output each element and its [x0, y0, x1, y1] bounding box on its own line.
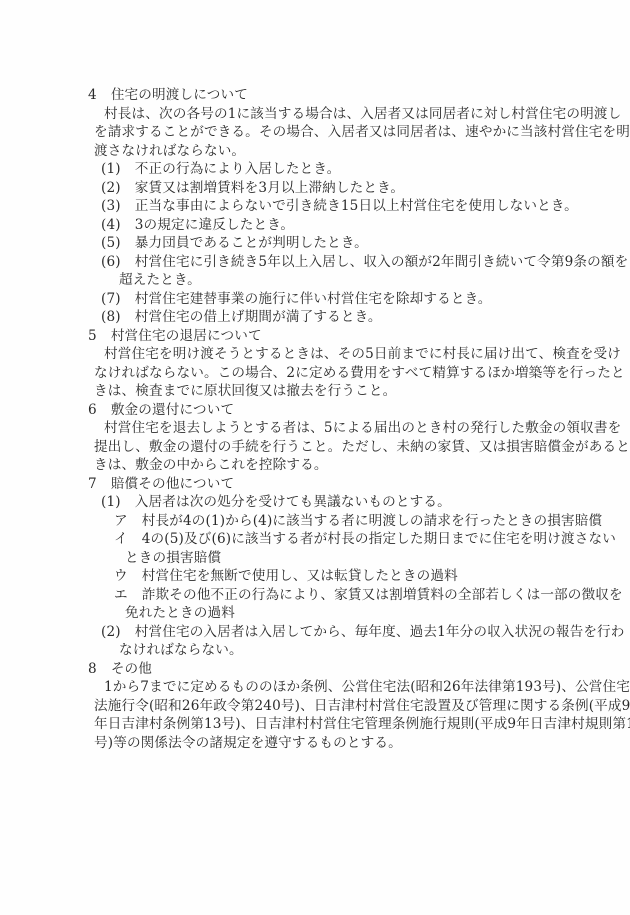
item-text: 村営住宅の入居者は入居してから、毎年度、過去1年分の収入状況の報告を行わ: [135, 624, 625, 640]
section-title: 敷金の還付について: [111, 402, 234, 418]
list-item: (2)家賃又は割増賃料を3月以上滞納したとき。: [101, 179, 404, 197]
paragraph-line: を請求することができる。その場合、入居者又は同居者は、速やかに当該村営住宅を明: [94, 123, 630, 141]
item-text: 不正の行為により入居したとき。: [135, 161, 341, 177]
paragraph-line: 年日吉津村条例第13号)、日吉津村村営住宅管理条例施行規則(平成9年日吉津村規則…: [94, 715, 630, 733]
list-item: (8)村営住宅の借上げ期間が満了するとき。: [101, 308, 382, 326]
list-item: (2)村営住宅の入居者は入居してから、毎年度、過去1年分の収入状況の報告を行わ: [101, 623, 625, 641]
item-text: 入居者は次の処分を受けても異議ないものとする。: [135, 494, 451, 510]
item-text: 村営住宅に引き続き5年以上入居し、収入の額が2年間引き続いて令第9条の額を: [135, 254, 629, 270]
list-item: (3)正当な事由によらないで引き続き15日以上村営住宅を使用しないとき。: [101, 197, 578, 215]
item-text: 村営住宅建替事業の施行に伴い村営住宅を除却するとき。: [135, 291, 492, 307]
subitem-label: ア: [114, 512, 128, 530]
paragraph-line: 提出し、敷金の還付の手続を行うこと。ただし、未納の家賃、又は損害賠償金があると: [94, 438, 630, 456]
section-title: 村営住宅の退居について: [111, 328, 262, 344]
paragraph-line: 村営住宅を退去しようとする者は、5による届出のとき村の発行した敷金の領収書を: [104, 419, 621, 437]
item-label: (6): [101, 253, 121, 271]
item-label: (1): [101, 493, 121, 511]
sub-item-continuation: ときの損害賠償: [125, 549, 221, 567]
item-text: 3の規定に違反したとき。: [135, 217, 294, 233]
section-8-heading: 8その他: [88, 660, 152, 678]
subitem-text: 村長が4の(1)から(4)に該当する者に明渡しの請求を行ったときの損害賠償: [142, 513, 603, 529]
list-item: (1)不正の行為により入居したとき。: [101, 160, 340, 178]
sub-item: ア村長が4の(1)から(4)に該当する者に明渡しの請求を行ったときの損害賠償: [114, 512, 602, 530]
item-label: (2): [101, 623, 121, 641]
subitem-text: 村営住宅を無断で使用し、又は転貸したときの過料: [142, 568, 458, 584]
list-item: (4)3の規定に違反したとき。: [101, 216, 294, 234]
item-label: (7): [101, 290, 121, 308]
sub-item: エ詐欺その他不正の行為により、家賃又は割増賃料の全部若しくは一部の徴収を: [114, 586, 623, 604]
section-5-heading: 5村営住宅の退居について: [88, 327, 262, 345]
sub-item: イ4の(5)及び(6)に該当する者が村長の指定した期日までに住宅を明け渡さない: [114, 530, 616, 548]
item-text: 暴力団員であることが判明したとき。: [135, 235, 368, 251]
item-label: (5): [101, 234, 121, 252]
subitem-label: イ: [114, 530, 128, 548]
paragraph-line: きは、敷金の中からこれを控除する。: [94, 456, 328, 474]
list-item-continuation: 超えたとき。: [119, 271, 201, 289]
paragraph-line: 村営住宅を明け渡そうとするときは、その5日前までに村長に届け出て、検査を受け: [104, 345, 621, 363]
list-item-continuation: なければならない。: [119, 641, 243, 659]
section-number: 6: [88, 401, 97, 419]
subitem-text: 詐欺その他不正の行為により、家賃又は割増賃料の全部若しくは一部の徴収を: [142, 587, 623, 603]
section-number: 7: [88, 475, 97, 493]
item-text: 家賃又は割増賃料を3月以上滞納したとき。: [135, 180, 404, 196]
paragraph-line: きは、検査までに原状回復又は撤去を行うこと。: [94, 382, 396, 400]
list-item: (7)村営住宅建替事業の施行に伴い村営住宅を除却するとき。: [101, 290, 492, 308]
sub-item: ウ村営住宅を無断で使用し、又は転貸したときの過料: [114, 567, 458, 585]
section-number: 4: [88, 86, 97, 104]
paragraph-line: 1から7までに定めるもののほか条例、公営住宅法(昭和26年法律第193号)、公営…: [104, 678, 630, 696]
document-page: 4住宅の明渡しについて 村長は、次の各号の1に該当する場合は、入居者又は同居者に…: [0, 0, 630, 915]
item-label: (3): [101, 197, 121, 215]
list-item: (6)村営住宅に引き続き5年以上入居し、収入の額が2年間引き続いて令第9条の額を: [101, 253, 628, 271]
subitem-label: ウ: [114, 567, 128, 585]
paragraph-line: 村長は、次の各号の1に該当する場合は、入居者又は同居者に対し村営住宅の明渡し: [104, 105, 621, 123]
paragraph-line: 法施行令(昭和26年政令第240号)、日吉津村村営住宅設置及び管理に関する条例(…: [94, 697, 630, 715]
subitem-text: 4の(5)及び(6)に該当する者が村長の指定した期日までに住宅を明け渡さない: [142, 531, 616, 547]
section-number: 5: [88, 327, 97, 345]
list-item: (1)入居者は次の処分を受けても異議ないものとする。: [101, 493, 451, 511]
item-label: (8): [101, 308, 121, 326]
item-label: (2): [101, 179, 121, 197]
item-label: (1): [101, 160, 121, 178]
subitem-label: エ: [114, 586, 128, 604]
section-7-heading: 7賠償その他について: [88, 475, 234, 493]
section-title: 住宅の明渡しについて: [111, 87, 248, 103]
list-item: (5)暴力団員であることが判明したとき。: [101, 234, 368, 252]
section-number: 8: [88, 660, 97, 678]
item-text: 正当な事由によらないで引き続き15日以上村営住宅を使用しないとき。: [135, 198, 578, 214]
section-6-heading: 6敷金の還付について: [88, 401, 234, 419]
section-title: その他: [111, 661, 152, 677]
item-text: 村営住宅の借上げ期間が満了するとき。: [135, 309, 382, 325]
section-4-heading: 4住宅の明渡しについて: [88, 86, 248, 104]
sub-item-continuation: 免れたときの過料: [125, 604, 235, 622]
paragraph-line: 号)等の関係法令の諸規定を遵守するものとする。: [94, 734, 402, 752]
item-label: (4): [101, 216, 121, 234]
section-title: 賠償その他について: [111, 476, 234, 492]
paragraph-line: 渡さなければならない。: [94, 142, 245, 160]
paragraph-line: なければならない。この場合、2に定める費用をすべて精算するほか増築等を行ったと: [94, 364, 625, 382]
